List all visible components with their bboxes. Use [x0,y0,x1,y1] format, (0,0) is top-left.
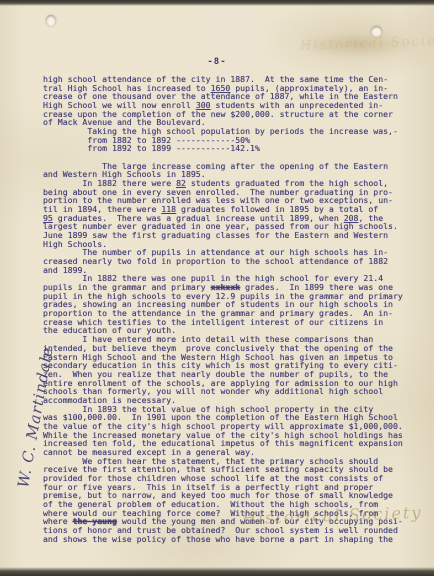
text-line: from 1892 to 1899 -----------142.1% [43,144,423,153]
top-right-smudge [295,32,420,58]
page-number-label: -8- [0,57,434,67]
punch-hole-left [46,15,56,26]
document-page: Historical Society -8- high school atten… [0,0,434,576]
text-line: and shows the wise policy of those who h… [43,535,423,544]
scan-edge-bottom [0,567,434,576]
text-segment: creased nearly two fold in proportion to… [43,256,388,266]
scan-edge-top [0,0,434,6]
text-segment: and shows the wise policy of those who h… [43,534,393,544]
text-segment: from 1892 to 1899 -----------142.1% [43,143,260,153]
typewritten-text: high school attendance of the city in 18… [43,75,423,543]
text-line: creased nearly two fold in proportion to… [43,257,423,266]
